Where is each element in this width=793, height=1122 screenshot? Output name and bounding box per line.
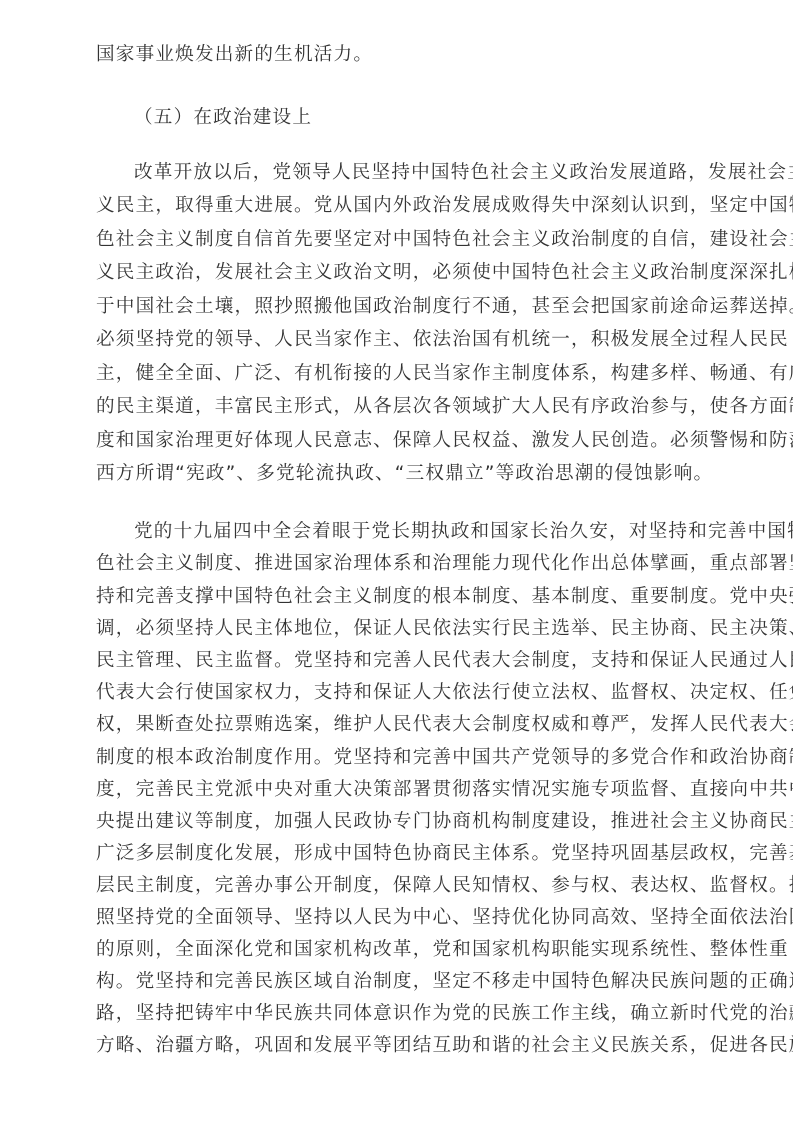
paragraph-line: 层民主制度，完善办事公开制度，保障人民知情权、参与权、表达权、监督权。按 <box>96 871 696 901</box>
paragraph-line: 度和国家治理更好体现人民意志、保障人民权益、激发人民创造。必须警惕和防范 <box>96 426 696 456</box>
intro-line: 国家事业焕发出新的生机活力。 <box>96 40 696 70</box>
paragraph-line: 的原则，全面深化党和国家机构改革，党和国家机构职能实现系统性、整体性重 <box>96 935 696 965</box>
paragraph-line: 调，必须坚持人民主体地位，保证人民依法实行民主选举、民主协商、民主决策、 <box>96 614 696 644</box>
paragraph-line: 义民主，取得重大进展。党从国内外政治发展成败得失中深刻认识到，坚定中国特 <box>96 191 696 221</box>
paragraph-line: 构。党坚持和完善民族区域自治制度，坚定不移走中国特色解决民族问题的正确道 <box>96 967 696 997</box>
paragraph-line: 度，完善民主党派中央对重大决策部署贯彻落实情况实施专项监督、直接向中共中 <box>96 775 696 805</box>
paragraph-line: 义民主政治，发展社会主义政治文明，必须使中国特色社会主义政治制度深深扎根 <box>96 258 696 288</box>
paragraph-line: 必须坚持党的领导、人民当家作主、依法治国有机统一，积极发展全过程人民民 <box>96 325 696 355</box>
document-page: 国家事业焕发出新的生机活力。 （五）在政治建设上 改革开放以后，党领导人民坚持中… <box>0 0 793 1122</box>
paragraph-line: 权，果断查处拉票贿选案，维护人民代表大会制度权威和尊严，发挥人民代表大会 <box>96 710 696 740</box>
paragraph-line: 代表大会行使国家权力，支持和保证人大依法行使立法权、监督权、决定权、任免 <box>96 678 696 708</box>
paragraph-line: 色社会主义制度、推进国家治理体系和治理能力现代化作出总体擘画，重点部署坚 <box>96 549 696 579</box>
paragraph-line: 的民主渠道，丰富民主形式，从各层次各领域扩大人民有序政治参与，使各方面制 <box>96 392 696 422</box>
paragraph-line: 主，健全全面、广泛、有机衔接的人民当家作主制度体系，构建多样、畅通、有序 <box>96 359 696 389</box>
paragraph-line: 路，坚持把铸牢中华民族共同体意识作为党的民族工作主线，确立新时代党的治藏 <box>96 999 696 1029</box>
paragraph-line: 西方所谓“宪政”、多党轮流执政、“三权鼎立”等政治思潮的侵蚀影响。 <box>96 459 696 489</box>
paragraph-line: 民主管理、民主监督。党坚持和完善人民代表大会制度，支持和保证人民通过人民 <box>96 646 696 676</box>
paragraph-line: 照坚持党的全面领导、坚持以人民为中心、坚持优化协同高效、坚持全面依法治国 <box>96 903 696 933</box>
paragraph-line: 制度的根本政治制度作用。党坚持和完善中国共产党领导的多党合作和政治协商制 <box>96 743 696 773</box>
paragraph-line: 色社会主义制度自信首先要坚定对中国特色社会主义政治制度的自信，建设社会主 <box>96 225 696 255</box>
paragraph-line: 央提出建议等制度，加强人民政协专门协商机构制度建设，推进社会主义协商民主 <box>96 807 696 837</box>
paragraph-line: 于中国社会土壤，照抄照搬他国政治制度行不通，甚至会把国家前途命运葬送掉。 <box>96 292 696 322</box>
paragraph-line: 方略、治疆方略，巩固和发展平等团结互助和谐的社会主义民族关系，促进各民族 <box>96 1031 696 1061</box>
paragraph-line: 党的十九届四中全会着眼于党长期执政和国家长治久安，对坚持和完善中国特 <box>134 517 696 547</box>
paragraph-line: 广泛多层制度化发展，形成中国特色协商民主体系。党坚持巩固基层政权，完善基 <box>96 839 696 869</box>
section-heading: （五）在政治建设上 <box>134 103 696 133</box>
paragraph-line: 改革开放以后，党领导人民坚持中国特色社会主义政治发展道路，发展社会主 <box>134 158 696 188</box>
paragraph-line: 持和完善支撑中国特色社会主义制度的根本制度、基本制度、重要制度。党中央强 <box>96 582 696 612</box>
